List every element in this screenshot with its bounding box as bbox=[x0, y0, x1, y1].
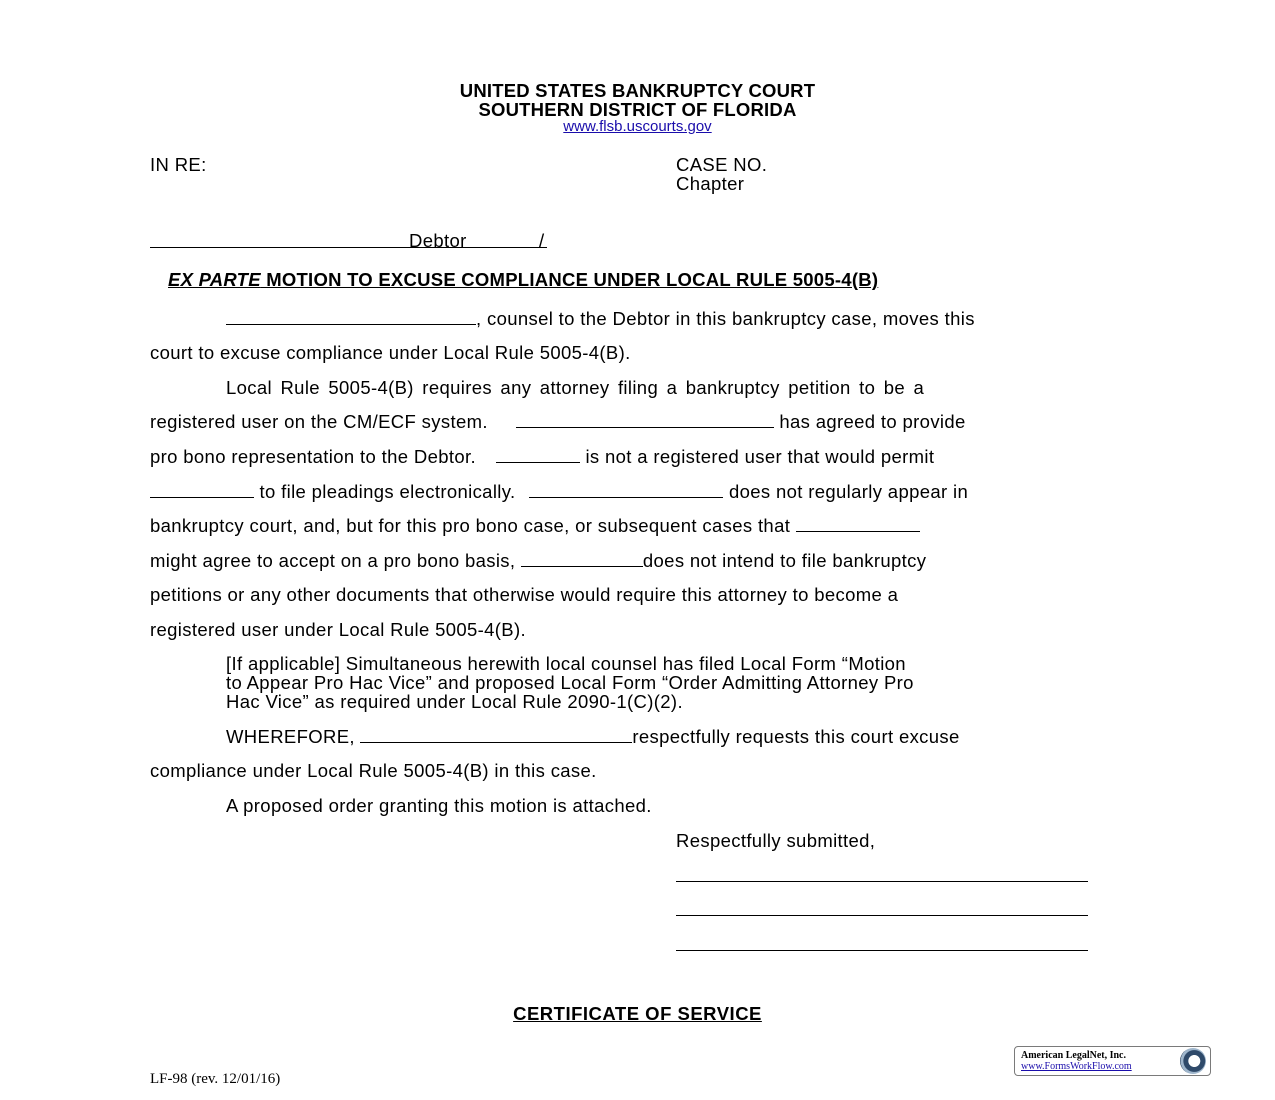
motion-title: EX PARTE MOTION TO EXCUSE COMPLIANCE UND… bbox=[168, 269, 878, 291]
signature-line-3[interactable] bbox=[676, 950, 1088, 951]
para4-line2: compliance under Local Rule 5005-4(B) in… bbox=[150, 760, 597, 782]
motion-title-rest: MOTION TO EXCUSE COMPLIANCE UNDER LOCAL … bbox=[261, 269, 878, 290]
para2-line7: petitions or any other documents that ot… bbox=[150, 584, 898, 606]
court-website-link[interactable]: www.flsb.uscourts.gov bbox=[563, 118, 711, 135]
signature-line-2[interactable] bbox=[676, 915, 1088, 916]
certificate-heading: CERTIFICATE OF SERVICE bbox=[0, 1003, 1275, 1025]
closing: Respectfully submitted, bbox=[676, 830, 875, 852]
para2-line8: registered user under Local Rule 5005-4(… bbox=[150, 619, 526, 641]
vendor-logo-icon bbox=[1180, 1048, 1206, 1074]
attorney-name-blank-3[interactable] bbox=[150, 483, 254, 498]
court-website: www.flsb.uscourts.gov bbox=[0, 118, 1275, 135]
vendor-badge[interactable]: American LegalNet, Inc. www.FormsWorkFlo… bbox=[1014, 1046, 1211, 1076]
signature-line-1[interactable] bbox=[676, 881, 1088, 882]
attorney-name-blank-2[interactable] bbox=[496, 448, 580, 463]
chapter-label: Chapter bbox=[676, 173, 744, 195]
debtor-label: Debtor bbox=[409, 230, 467, 252]
counsel-name-blank-2[interactable] bbox=[360, 728, 632, 743]
para2-line2: registered user on the CM/ECF system. ha… bbox=[150, 411, 966, 433]
attorney-name-blank-4[interactable] bbox=[529, 483, 723, 498]
para3-line3: Hac Vice” as required under Local Rule 2… bbox=[226, 691, 683, 713]
para4-line1: WHEREFORE, respectfully requests this co… bbox=[226, 726, 960, 748]
motion-title-ex-parte: EX PARTE bbox=[168, 269, 261, 290]
attorney-name-blank-6[interactable] bbox=[521, 552, 643, 567]
para2-line1: Local Rule 5005-4(B) requires any attorn… bbox=[226, 377, 924, 399]
para2-line3: pro bono representation to the Debtor. i… bbox=[150, 446, 934, 468]
para2-line4: to file pleadings electronically. does n… bbox=[150, 481, 968, 503]
vendor-name: American LegalNet, Inc. bbox=[1021, 1050, 1126, 1061]
para5: A proposed order granting this motion is… bbox=[226, 795, 652, 817]
form-id: LF-98 (rev. 12/01/16) bbox=[150, 1071, 280, 1088]
para2-line6: might agree to accept on a pro bono basi… bbox=[150, 550, 926, 572]
para1-line2: court to excuse compliance under Local R… bbox=[150, 342, 631, 364]
para1-line1: , counsel to the Debtor in this bankrupt… bbox=[226, 308, 975, 330]
attorney-name-blank-5[interactable] bbox=[796, 517, 920, 532]
caption-slash: / bbox=[539, 230, 545, 252]
para2-line5: bankruptcy court, and, but for this pro … bbox=[150, 515, 920, 537]
in-re-label: IN RE: bbox=[150, 154, 207, 176]
attorney-name-blank-1[interactable] bbox=[516, 413, 774, 428]
counsel-name-blank[interactable] bbox=[226, 310, 476, 325]
debtor-name-line[interactable] bbox=[150, 247, 547, 248]
vendor-site-link[interactable]: www.FormsWorkFlow.com bbox=[1021, 1061, 1132, 1072]
